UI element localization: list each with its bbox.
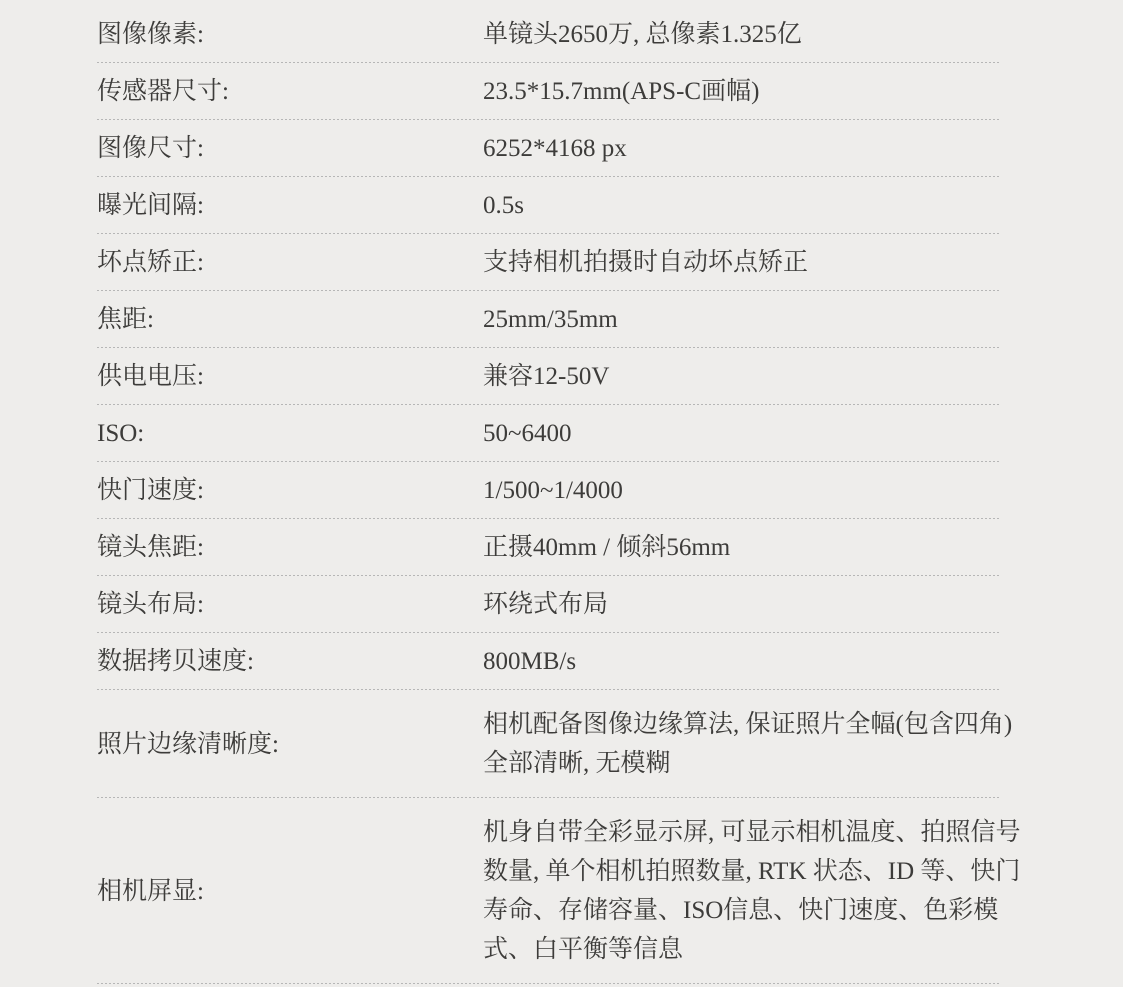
spec-row-value: 单镜头2650万, 总像素1.325亿 [483,21,1028,48]
spec-row-label: 焦距: [97,306,483,333]
spec-row-label: 曝光间隔: [97,192,483,219]
spec-row-label: 传感器尺寸: [97,78,483,105]
spec-row-value: 23.5*15.7mm(APS-C画幅) [483,78,1028,105]
spec-row-value: 机身自带全彩显示屏, 可显示相机温度、拍照信号数量, 单个相机拍照数量, RTK… [483,813,1028,969]
spec-row-value: 1/500~1/4000 [483,477,1028,504]
spec-row-value: 环绕式布局 [483,591,1028,618]
spec-row-label: 供电电压: [97,363,483,390]
spec-row: 镜头布局: 环绕式布局 [97,576,1000,633]
spec-row: 传感器尺寸: 23.5*15.7mm(APS-C画幅) [97,63,1000,120]
spec-row-label: 数据拷贝速度: [97,648,483,675]
spec-row: 曝光间隔: 0.5s [97,177,1000,234]
spec-row: 快门速度: 1/500~1/4000 [97,462,1000,519]
spec-row: 照片边缘清晰度: 相机配备图像边缘算法, 保证照片全幅(包含四角)全部清晰, 无… [97,690,1000,798]
spec-row-label: ISO: [97,420,483,447]
spec-row-value: 支持相机拍摄时自动坏点矫正 [483,249,1028,276]
spec-row-label: 相机屏显: [97,878,483,905]
spec-row: 图像像素: 单镜头2650万, 总像素1.325亿 [97,6,1000,63]
spec-row: 图像尺寸: 6252*4168 px [97,120,1000,177]
spec-row-label: 图像尺寸: [97,135,483,162]
spec-row: 相机屏显: 机身自带全彩显示屏, 可显示相机温度、拍照信号数量, 单个相机拍照数… [97,798,1000,984]
spec-row-value: 6252*4168 px [483,135,1028,162]
spec-row: 镜头焦距: 正摄40mm / 倾斜56mm [97,519,1000,576]
spec-row-value: 50~6400 [483,420,1028,447]
spec-row-label: 快门速度: [97,477,483,504]
spec-row: 坏点矫正: 支持相机拍摄时自动坏点矫正 [97,234,1000,291]
spec-row-value: 正摄40mm / 倾斜56mm [483,534,1028,561]
spec-row: 数据拷贝速度: 800MB/s [97,633,1000,690]
spec-row-value: 25mm/35mm [483,306,1028,333]
spec-table: 图像像素: 单镜头2650万, 总像素1.325亿 传感器尺寸: 23.5*15… [97,6,1000,984]
spec-row-value: 相机配备图像边缘算法, 保证照片全幅(包含四角)全部清晰, 无模糊 [483,705,1028,783]
spec-row-label: 照片边缘清晰度: [97,731,483,758]
spec-row-label: 图像像素: [97,21,483,48]
spec-row-label: 坏点矫正: [97,249,483,276]
spec-row-value: 兼容12-50V [483,363,1028,390]
spec-row-label: 镜头布局: [97,591,483,618]
spec-row: 焦距: 25mm/35mm [97,291,1000,348]
page-background: { "page": { "background_color": "#eeedeb… [0,0,1123,987]
spec-row: ISO: 50~6400 [97,405,1000,462]
spec-row-label: 镜头焦距: [97,534,483,561]
spec-row-value: 0.5s [483,192,1028,219]
spec-row: 供电电压: 兼容12-50V [97,348,1000,405]
spec-row-value: 800MB/s [483,648,1028,675]
